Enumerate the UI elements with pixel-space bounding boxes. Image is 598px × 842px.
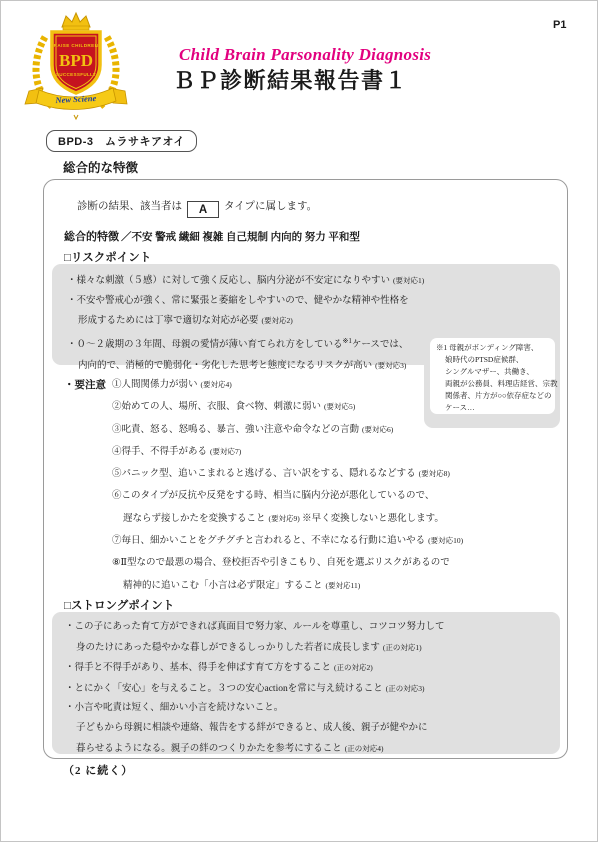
ref-label: (要対応7)	[210, 447, 241, 456]
caution-item: 遅ならず接しかたを変換すること(要対応9) ※早く変換しないと悪化します。	[112, 508, 463, 530]
strong-line: ・得手と不得手があり、基本、得手を伸ばす育て方をすること(正の対応2)	[65, 658, 560, 679]
caution-item: ⑧Ⅱ型なので最悪の場合、登校拒否や引きこもり、自死を選ぶリスクがあるので	[112, 552, 463, 574]
note-line: 両親が公務員、料理店経営、宗教	[436, 378, 550, 390]
caution-extra: ※早く変換しないと悪化します。	[302, 514, 444, 524]
ref-label: (正の対応3)	[386, 684, 425, 693]
strong-line: ・とにかく「安心」を与えること。３つの安心actionを常に与え続けること(正の…	[65, 679, 560, 700]
ref-label: (正の対応4)	[345, 744, 384, 753]
ref-label: (要対応3)	[375, 361, 406, 370]
type-value-box: A	[187, 201, 219, 218]
traits-label: 総合的特徴	[64, 231, 119, 243]
strong-line: ・小言や叱責は短く、細かい小言を続けないこと。	[65, 699, 560, 719]
caution-section: ・要注意 ①人間関係力が弱い(要対応4) ②始めての人、場所、衣服、食べ物、刺激…	[64, 374, 463, 597]
caution-item: ①人間関係力が弱い(要対応4)	[112, 374, 463, 396]
logo-acronym: BPD	[59, 51, 93, 70]
risk-line: ・様々な刺激（５感）に対して強く反応し、脳内分泌が不安定になりやすい(要対応1)	[67, 271, 560, 292]
note-line: ケース…	[436, 402, 550, 414]
ref-label: (正の対応1)	[383, 643, 422, 652]
note-line: シングルマザー、共働き、	[436, 366, 550, 378]
caution-items: ①人間関係力が弱い(要対応4) ②始めての人、場所、衣服、食べ物、刺激に弱い(要…	[112, 374, 463, 597]
traits-value: ／不安 警戒 繊細 複雑 自己規制 内向的 努力 平和型	[121, 232, 360, 243]
ref-label: (要対応1)	[393, 276, 424, 285]
ref-label: (要対応4)	[201, 380, 232, 389]
continuation-note: （2 に続く）	[63, 762, 133, 778]
logo-bottom-text: SUCCESSFULLY	[56, 72, 96, 77]
risk-heading: □リスクポイント	[64, 249, 151, 265]
diagnosis-line: 診断の結果、該当者はAタイプに属します。	[77, 198, 317, 218]
strong-line: ・この子にあった育て方ができれば真面目で努力家、ルールを尊重し、コツコツ努力して	[65, 618, 560, 638]
risk-line: 形成するためには丁寧で適切な対応が必要(要対応2)	[67, 311, 560, 332]
note-line: 関係者、片方が○○依存症などの	[436, 390, 550, 402]
caution-label: ・要注意	[64, 374, 112, 597]
strong-box: ・この子にあった育て方ができれば真面目で努力家、ルールを尊重し、コツコツ努力して…	[52, 612, 560, 754]
subtitle-english: Child Brain Parsonality Diagnosis	[179, 45, 431, 65]
report-page: RAISE CHILDREN BPD SUCCESSFULLY New Scie…	[0, 0, 598, 842]
section-heading: 総合的な特徴	[63, 158, 138, 176]
strong-line: 暮らせるようになる。親子の絆のつくりかたを参考にすること(正の対応4)	[65, 739, 560, 760]
ref-label: (要対応10)	[428, 536, 463, 545]
bpd-logo-icon: RAISE CHILDREN BPD SUCCESSFULLY New Scie…	[21, 9, 131, 121]
footnote-box: ※1 母親がボンディング障害、 娘時代のPTSD症候群、 シングルマザー、共働き…	[430, 338, 555, 414]
ref-label: (要対応9)	[269, 514, 300, 523]
strong-line: 子どもから母親に相談や連絡、報告をする絆ができると、成人後、親子が健やかに	[65, 719, 560, 739]
caution-item: ③叱責、怒る、怒鳴る、暴言、強い注意や命令などの言動(要対応6)	[112, 419, 463, 441]
overview-box: 診断の結果、該当者はAタイプに属します。 総合的特徴／不安 警戒 繊細 複雑 自…	[43, 179, 568, 759]
crown-icon	[62, 13, 90, 27]
risk-line: ・不安や警戒心が強く、常に緊張と萎縮をしやすいので、健やかな精神や性格を	[67, 292, 560, 312]
ref-label: (要対応2)	[262, 316, 293, 325]
caution-item: ④得手、不得手がある(要対応7)	[112, 441, 463, 463]
caution-item: ②始めての人、場所、衣服、食べ物、刺激に弱い(要対応5)	[112, 396, 463, 418]
caution-item: 精神的に追いこむ「小言は必ず限定」すること(要対応11)	[112, 575, 463, 597]
caution-item: ⑦毎日、細かいことをグチグチと言われると、不幸になる行動に追いやる(要対応10)	[112, 530, 463, 552]
crown-base	[63, 26, 89, 30]
bpd-logo: RAISE CHILDREN BPD SUCCESSFULLY New Scie…	[21, 9, 131, 121]
report-title: ＢＰ診断結果報告書１	[173, 64, 408, 95]
ref-label: (要対応5)	[324, 402, 355, 411]
ref-label: (要対応6)	[362, 425, 393, 434]
ref-label: (要対応11)	[326, 581, 361, 590]
caution-item: ⑤パニック型、追いこまれると逃げる、言い訳をする、隠れるなどする(要対応8)	[112, 463, 463, 485]
page-number: P1	[553, 19, 566, 31]
ref-label: (正の対応2)	[334, 663, 373, 672]
diagnosis-suffix: タイプに属します。	[224, 201, 317, 212]
ref-label: (要対応8)	[419, 469, 450, 478]
logo-top-text: RAISE CHILDREN	[54, 43, 99, 48]
traits-line: 総合的特徴／不安 警戒 繊細 複雑 自己規制 内向的 努力 平和型	[64, 228, 360, 244]
strong-heading: □ストロングポイント	[64, 597, 174, 613]
strong-line: 身のたけにあった穏やかな暮しができるしっかりした若者に成長します(正の対応1)	[65, 638, 560, 659]
footnote-marker: ※1	[343, 337, 352, 345]
ribbon-notch	[74, 115, 78, 119]
caution-item: ⑥このタイプが反抗や反発をする時、相当に脳内分泌が悪化しているので、	[112, 485, 463, 507]
diagnosis-prefix: 診断の結果、該当者は	[77, 201, 182, 212]
note-line: 娘時代のPTSD症候群、	[436, 354, 550, 366]
type-badge: BPD-3 ムラサキアオイ	[46, 130, 197, 152]
note-line: ※1 母親がボンディング障害、	[436, 342, 550, 354]
